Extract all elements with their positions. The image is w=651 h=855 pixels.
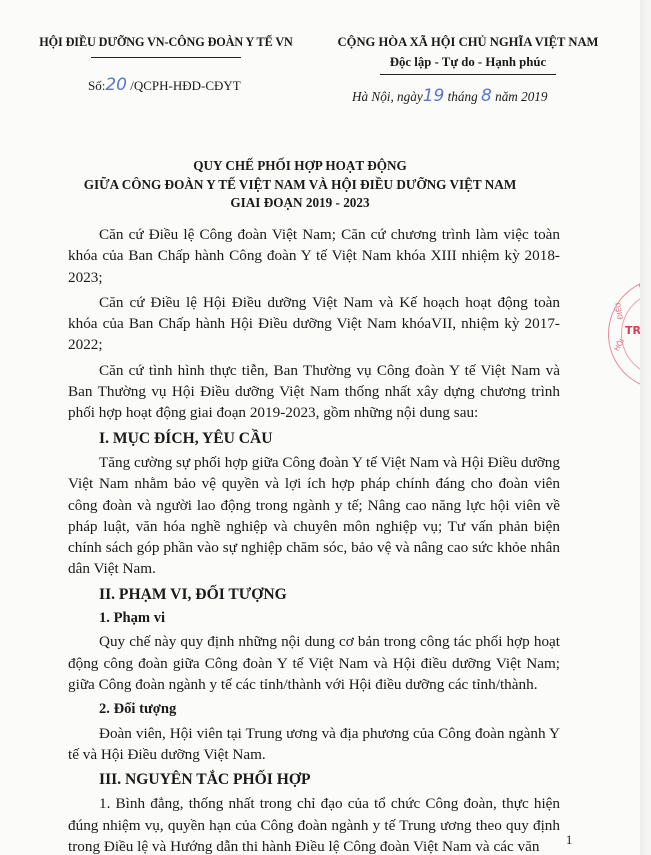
country-name: CỘNG HÒA XÃ HỘI CHỦ NGHĨA VIỆT NAM [332, 35, 604, 50]
section-heading-scope: II. PHẠM VI, ĐỐI TƯỢNG [68, 584, 560, 605]
page-edge-shadow [640, 0, 651, 855]
title-line-3: GIAI ĐOẠN 2019 - 2023 [60, 194, 540, 213]
subsection-heading-subjects: 2. Đối tượng [68, 699, 560, 720]
section-heading-purpose: I. MỤC ĐÍCH, YÊU CẦU [68, 428, 560, 449]
document-title: QUY CHẾ PHỐI HỢP HOẠT ĐỘNG GIỮA CÔNG ĐOÀ… [60, 157, 540, 213]
section-paragraph: Đoàn viên, Hội viên tại Trung ương và đị… [68, 723, 560, 766]
section-paragraph: Quy chế này quy định những nội dung cơ b… [68, 631, 560, 695]
title-line-2: GIỮA CÔNG ĐOÀN Y TẾ VIỆT NAM VÀ HỘI ĐIỀU… [60, 176, 540, 195]
national-header: CỘNG HÒA XÃ HỘI CHỦ NGHĨA VIỆT NAM Độc l… [332, 35, 604, 75]
document-number-suffix: /QCPH-HĐD-CĐYT [127, 78, 241, 93]
stamp-ring-text: ĐIỀU [614, 302, 625, 320]
national-motto: Độc lập - Tự do - Hạnh phúc [332, 55, 604, 70]
date-year: năm 2019 [492, 89, 548, 104]
date-month-label: tháng [444, 89, 481, 104]
document-number-prefix: Số: [88, 78, 105, 93]
organization-name: HỘI ĐIỀU DƯỠNG VN-CÔNG ĐOÀN Y TẾ VN [36, 35, 296, 50]
document-page: HỘI ĐIỀU DƯỠNG VN-CÔNG ĐOÀN Y TẾ VN Số:2… [0, 0, 640, 855]
preamble-paragraph: Căn cứ tình hình thực tiễn, Ban Thường v… [68, 360, 560, 424]
page-number: 1 [566, 833, 572, 848]
handwritten-day: 19 [423, 86, 445, 106]
motto-underline [380, 74, 556, 75]
organization-underline [91, 57, 241, 58]
section-paragraph: Tăng cường sự phối hợp giữa Công đoàn Y … [68, 452, 560, 580]
section-paragraph: 1. Bình đẳng, thống nhất trong chỉ đạo c… [68, 793, 560, 855]
section-heading-principles: III. NGUYÊN TẮC PHỐI HỢP [68, 769, 560, 790]
handwritten-number: 20 [105, 75, 127, 95]
issuing-organization: HỘI ĐIỀU DƯỠNG VN-CÔNG ĐOÀN Y TẾ VN [36, 35, 296, 58]
document-number: Số:20 /QCPH-HĐD-CĐYT [88, 75, 241, 95]
date-place: Hà Nội, ngày [352, 89, 423, 104]
document-date: Hà Nội, ngày19 tháng 8 năm 2019 [352, 86, 548, 106]
preamble-paragraph: Căn cứ Điều lệ Hội Điều dưỡng Việt Nam v… [68, 292, 560, 356]
preamble-paragraph: Căn cứ Điều lệ Công đoàn Việt Nam; Căn c… [68, 224, 560, 288]
title-line-1: QUY CHẾ PHỐI HỢP HOẠT ĐỘNG [60, 157, 540, 176]
document-body: Căn cứ Điều lệ Công đoàn Việt Nam; Căn c… [68, 224, 560, 855]
subsection-heading-scope: 1. Phạm vi [68, 608, 560, 629]
handwritten-month: 8 [481, 86, 492, 106]
